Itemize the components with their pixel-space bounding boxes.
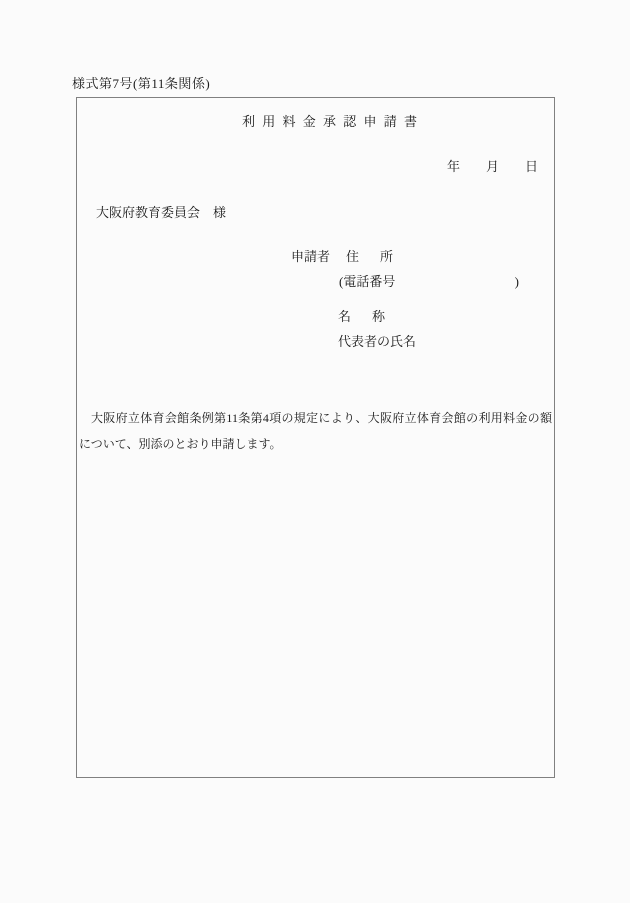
phone-row: (電話番号 )	[339, 274, 519, 290]
phone-label: (電話番号	[339, 274, 395, 290]
document-page: 様式第7号(第11条関係) 利 用 料 金 承 認 申 請 書 年 月 日 大阪…	[0, 0, 630, 903]
phone-close-paren: )	[515, 274, 519, 290]
applicant-label: 申請者	[291, 249, 330, 265]
addressee: 大阪府教育委員会 様	[96, 205, 226, 221]
body-paragraph: 大阪府立体育会館条例第11条第4項の規定により、大阪府立体育会館の利用料金の額に…	[79, 405, 552, 457]
representative-label: 代表者の氏名	[338, 334, 416, 350]
date-line: 年 月 日	[447, 159, 538, 175]
form-title: 利 用 料 金 承 認 申 請 書	[77, 114, 554, 130]
form-number-label: 様式第7号(第11条関係)	[72, 76, 210, 92]
address-label: 住 所	[346, 249, 397, 265]
application-form-box: 利 用 料 金 承 認 申 請 書 年 月 日 大阪府教育委員会 様 申請者 住…	[76, 97, 555, 778]
name-label: 名 称	[338, 309, 389, 325]
